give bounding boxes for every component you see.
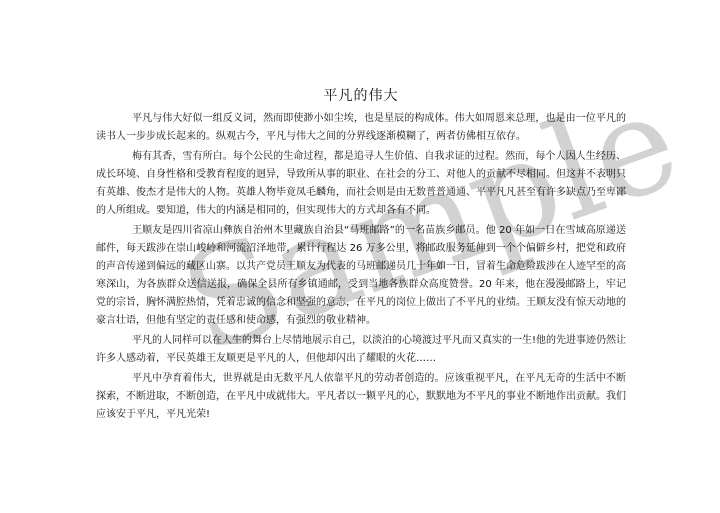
paragraph-wang-shunyou: 王顺友是四川省凉山彝族自治州木里藏族自治县“马班邮路”的一名苗族乡邮员。他 20… — [96, 222, 626, 330]
paragraph-intro: 平凡与伟大好似一组反义词，然而即使渺小如尘埃，也是星辰的构成体。伟大如周恩来总理… — [96, 110, 626, 146]
document-page: Sample 平凡的伟大 平凡与伟大好似一组反义词，然而即使渺小如尘埃，也是星辰… — [0, 0, 720, 513]
paragraph-ordinary-life: 平凡的人同样可以在人生的舞台上尽情地展示自己，以淡泊的心境渡过平凡而又真实的一生… — [96, 332, 626, 368]
paragraph-conclusion: 平凡中孕育着伟大，世界就是由无数平凡人依靠平凡的劳动者创造的。应该重视平凡，在平… — [96, 370, 626, 424]
document-content: 平凡的伟大 平凡与伟大好似一组反义词，然而即使渺小如尘埃，也是星辰的构成体。伟大… — [96, 86, 626, 426]
page-title: 平凡的伟大 — [96, 86, 626, 106]
paragraph-values: 梅有其香，雪有所白。每个公民的生命过程，都是追寻人生价值、自我求证的过程。然而，… — [96, 148, 626, 220]
